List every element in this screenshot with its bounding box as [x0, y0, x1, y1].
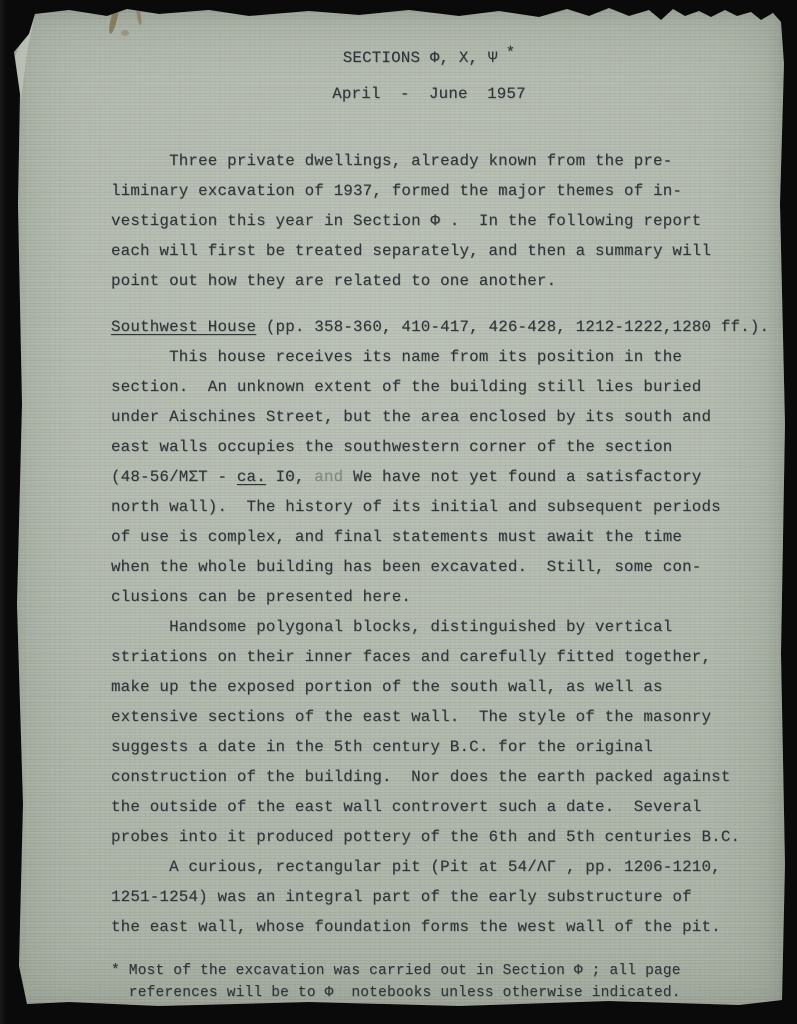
typed-line: A curious, rectangular pit (Pit at 54/ΛΓ… [111, 852, 747, 882]
typed-line: section. An unknown extent of the buildi… [111, 372, 747, 402]
typed-line: clusions can be presented here. [111, 582, 747, 612]
typed-line: of use is complex, and final statements … [111, 522, 747, 552]
typed-line: suggests a date in the 5th century B.C. … [111, 732, 747, 762]
footnote-line: references will be to Φ notebooks unless… [111, 982, 747, 1004]
typed-line: point out how they are related to one an… [111, 266, 747, 296]
typed-line: Handsome polygonal blocks, distinguished… [111, 612, 747, 642]
typed-line: 1251-1254) was an integral part of the e… [111, 882, 747, 912]
scanned-document-page: { "colors": { "paper": "#b4bbaf", "ink":… [0, 0, 797, 1024]
faded-word: and [314, 468, 343, 486]
paragraph-masonry: Handsome polygonal blocks, distinguished… [111, 612, 747, 852]
paragraph-pit: A curious, rectangular pit (Pit at 54/ΛΓ… [111, 852, 747, 942]
heading-page-references: (pp. 358-360, 410-417, 426-428, 1212-122… [256, 318, 769, 336]
ca-underlined: ca. [237, 468, 266, 486]
title-text: SECTIONS Φ, X, Ψ [343, 49, 498, 67]
typed-line: under Aischines Street, but the area enc… [111, 402, 747, 432]
typed-line: probes into it produced pottery of the 6… [111, 822, 747, 852]
typed-line: north wall). The history of its initial … [111, 492, 747, 522]
paragraph-southwest-1: This house receives its name from its po… [111, 342, 747, 612]
section-heading-southwest-house: Southwest House (pp. 358-360, 410-417, 4… [111, 312, 747, 342]
grid-ref-text: We have not yet found a satisfactory [343, 468, 701, 486]
typed-line: This house receives its name from its po… [111, 342, 747, 372]
typed-line: the east wall, whose foundation forms th… [111, 912, 747, 942]
typed-line: make up the exposed portion of the south… [111, 672, 747, 702]
heading-underlined-text: Southwest House [111, 318, 256, 336]
typed-content: SECTIONS Φ, X, Ψ* April - June 1957 Thre… [9, 4, 785, 1009]
typed-line: liminary excavation of 1937, formed the … [111, 176, 747, 206]
typed-line: construction of the building. Nor does t… [111, 762, 747, 792]
grid-ref-text: IΘ, [266, 468, 314, 486]
typed-line: when the whole building has been excavat… [111, 552, 747, 582]
typed-line: east walls occupies the southwestern cor… [111, 432, 747, 462]
paragraph-intro: Three private dwellings, already known f… [111, 146, 747, 296]
typed-line: Three private dwellings, already known f… [111, 146, 747, 176]
paper-sheet: SECTIONS Φ, X, Ψ* April - June 1957 Thre… [9, 4, 785, 1009]
typed-line: extensive sections of the east wall. The… [111, 702, 747, 732]
typed-line: each will first be treated separately, a… [111, 236, 747, 266]
typed-line: the outside of the east wall controvert … [111, 792, 747, 822]
typed-line-grid-reference: (48-56/MΣT - ca. IΘ, and We have not yet… [111, 462, 747, 492]
grid-ref-text: (48-56/MΣT - [111, 468, 237, 486]
footnote-asterisk: * [506, 44, 516, 62]
typed-line: striations on their inner faces and care… [111, 642, 747, 672]
typed-line: vestigation this year in Section Φ . In … [111, 206, 747, 236]
date-line: April - June 1957 [111, 82, 747, 106]
document-title: SECTIONS Φ, X, Ψ* [111, 46, 747, 70]
footnote-line: * Most of the excavation was carried out… [111, 960, 747, 982]
footnote-block: * Most of the excavation was carried out… [111, 960, 747, 1004]
